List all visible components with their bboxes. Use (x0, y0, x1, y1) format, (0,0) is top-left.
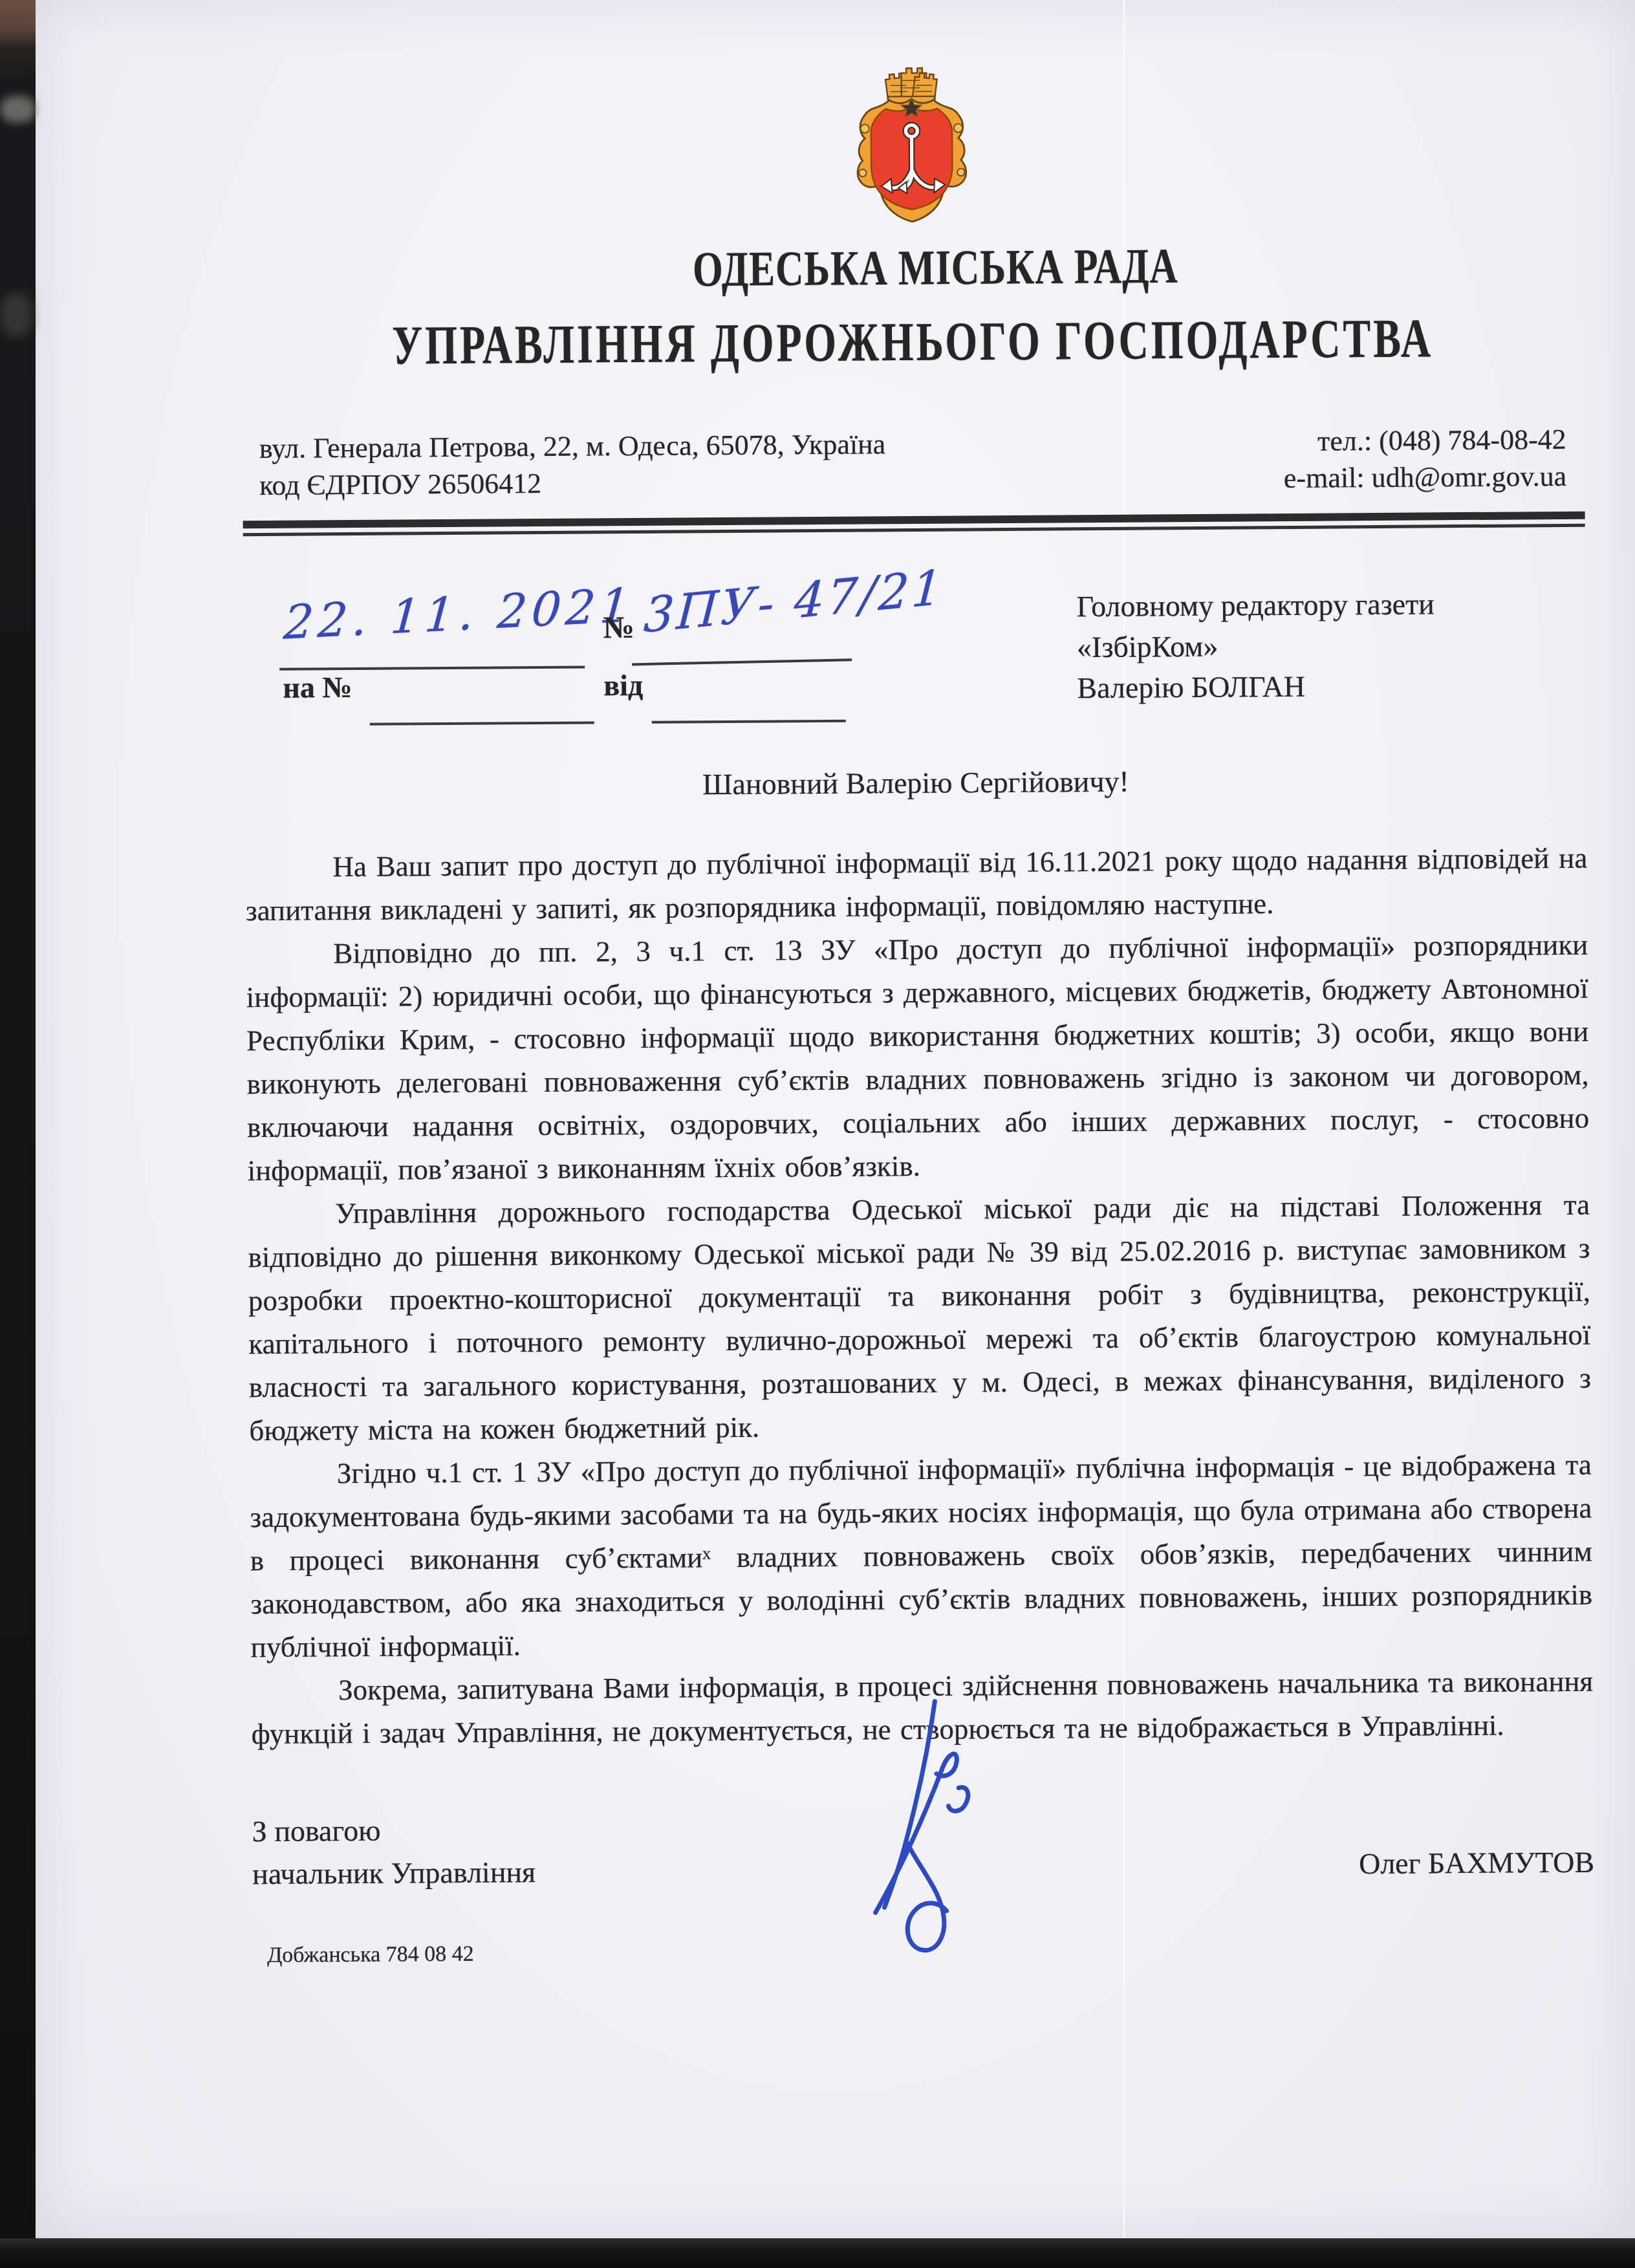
scan-edge-left (0, 0, 36, 2268)
handwritten-signature (856, 1692, 974, 1964)
org-parent-title: ОДЕСЬКА МІСЬКА РАДА (265, 238, 1607, 297)
scanned-letter: ОДЕСЬКА МІСЬКА РАДА УПРАВЛІННЯ ДОРОЖНЬОГ… (0, 0, 1635, 2268)
addressee-block: Головному редактору газети «ІзбірКом» Ва… (1076, 583, 1435, 708)
reply-number-underline (370, 721, 594, 725)
org-phone: тел.: (048) 784-08-42 (1283, 421, 1566, 460)
body-paragraph-4: Згідно ч.1 ст. 1 ЗУ «Про доступ до публі… (250, 1443, 1593, 1669)
letterhead-divider (243, 512, 1585, 536)
letter-body: На Ваш запит про доступ до публічної інф… (245, 837, 1594, 1756)
reply-from-date-label: від (603, 668, 643, 702)
odesa-coat-of-arms (849, 65, 973, 228)
org-address-line: вул. Генерала Петрова, 22, м. Одеса, 650… (259, 426, 886, 467)
body-paragraph-3: Управління дорожнього господарства Одесь… (248, 1183, 1592, 1453)
number-sign-label: № (603, 610, 635, 645)
closing-block: З повагою начальник Управління Олег БАХМ… (252, 1801, 1595, 1895)
handwritten-doc-number: 3ПУ- 47/21 (642, 559, 946, 644)
addressee-organization: «ІзбірКом» (1077, 624, 1435, 667)
paper-sheet: ОДЕСЬКА МІСЬКА РАДА УПРАВЛІННЯ ДОРОЖНЬОГ… (36, 0, 1635, 2239)
scan-edge-bottom (0, 2238, 1635, 2268)
org-contact-block: тел.: (048) 784-08-42 e-mail: udh@omr.go… (1283, 421, 1566, 497)
reply-to-number-label: на № (283, 670, 352, 705)
body-paragraph-2: Відповідно до пп. 2, 3 ч.1 ст. 13 ЗУ «Пр… (246, 923, 1590, 1193)
scan-smudge (0, 96, 36, 123)
handwritten-date: 22. 11. 2021 (282, 578, 636, 650)
signer-name: Олег БАХМУТОВ (1359, 1841, 1595, 1886)
salutation: Шановний Валерію Сергійовичу! (244, 761, 1586, 805)
org-edrpou-line: код ЄДРПОУ 26506412 (259, 462, 886, 504)
reply-date-underline (652, 720, 846, 724)
letter-content: ОДЕСЬКА МІСЬКА РАДА УПРАВЛІННЯ ДОРОЖНЬОГ… (239, 0, 1595, 1968)
addressee-role: Головному редактору газети (1076, 583, 1435, 627)
org-name-title: УПРАВЛІННЯ ДОРОЖНЬОГО ГОСПОДАРСТВА (241, 309, 1584, 375)
number-underline (632, 658, 852, 665)
body-paragraph-1: На Ваш запит про доступ до публічної інф… (245, 837, 1588, 933)
org-email: e-mail: udh@omr.gov.ua (1284, 458, 1567, 497)
letterhead-contacts: вул. Генерала Петрова, 22, м. Одеса, 650… (243, 421, 1585, 504)
addressee-name: Валерію БОЛГАН (1077, 665, 1435, 708)
scan-smudge (0, 292, 32, 338)
reference-block: 22. 11. 2021 № 3ПУ- 47/21 на № від Голов… (243, 587, 1586, 725)
org-address-block: вул. Генерала Петрова, 22, м. Одеса, 650… (259, 426, 886, 504)
